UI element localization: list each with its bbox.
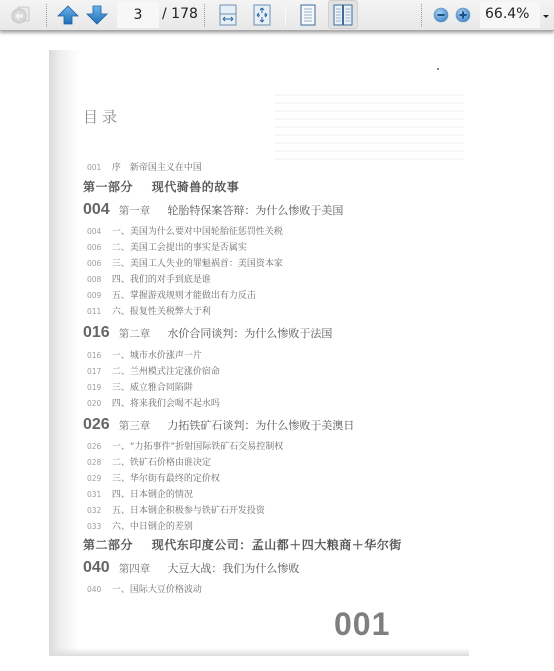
part-label: 第二部分 [83,538,133,552]
chapter-label: 第一章 [119,205,151,217]
chapter-title: 大豆大战：我们为什么惨败 [167,562,299,575]
toc-entry-text: 二、美国工会提出的事实是否属实 [112,243,247,253]
toc-page-number: 031 [87,490,109,499]
chapter-page-number: 040 [83,559,110,576]
toc-entry-text: 四、我们的对手到底是谁 [112,275,211,285]
zoom-in-icon [455,7,471,23]
toc-entry[interactable]: 019 三、威立雅合同陷阱 [87,380,193,393]
toc-entry-text: 一、“力拓事件”折射国际铁矿石交易控制权 [112,442,283,452]
toc-entry-text: 六、中日钢企的差别 [112,522,193,532]
toolbar-separator [204,4,205,27]
toc-entry-text: 一、美国为什么要对中国轮胎征惩罚性关税 [112,227,283,237]
toc-title: 目录 [83,106,121,127]
scan-speck [437,68,439,70]
toc-entry[interactable]: 006 二、美国工会提出的事实是否属实 [87,240,247,253]
toc-page-number: 008 [87,275,109,284]
zoom-in-button[interactable] [451,3,475,27]
toc-page-number: 033 [87,522,109,531]
toc-entry-text: 序 新帝国主义在中国 [112,163,202,173]
bleed-through [274,90,464,160]
next-page-button[interactable] [85,3,109,27]
toc-entry[interactable]: 031 四、日本钢企的情况 [87,487,193,500]
toc-entry[interactable]: 033 六、中日钢企的差别 [87,519,193,532]
toolbar-separator [421,4,422,27]
page-total-label: / 178 [162,6,198,22]
toc-entry[interactable]: 032 五、日本钢企积极参与铁矿石开发投资 [87,503,265,516]
toc-page-number: 020 [87,399,109,408]
part-title: 现代骑兽的故事 [152,180,240,194]
toc-entry-text: 四、日本钢企的情况 [112,490,193,500]
toc-page-number: 017 [87,367,109,376]
part-title: 现代东印度公司：孟山都＋四大粮商＋华尔街 [152,538,402,552]
scan-shadow-bottom [49,648,469,656]
toc-entry-text: 六、报复性关税弊大于利 [112,307,211,317]
document-page: 目录 001 序 新帝国主义在中国 第一部分 现代骑兽的故事 004 第一章 轮… [49,50,469,656]
zoom-dropdown-button[interactable] [540,8,552,22]
pdf-toolbar: 3 / 178 [0,0,554,31]
toc-page-number: 006 [87,243,109,252]
toc-entry-text: 二、铁矿石价格由谁决定 [112,458,211,468]
toc-entry-text: 三、华尔街有最终的定价权 [112,474,220,484]
toc-entry[interactable]: 026 一、“力拓事件”折射国际铁矿石交易控制权 [87,439,283,452]
toc-entry-text: 五、掌握游戏规则才能做出有力反击 [112,291,256,301]
chapter-label: 第三章 [119,420,151,432]
two-page-icon [332,4,354,26]
toc-entry-text: 三、美国工人失业的罪魁祸首：美国资本家 [112,259,283,269]
toc-page-number: 011 [87,307,109,316]
toc-entry[interactable]: 004 一、美国为什么要对中国轮胎征惩罚性关税 [87,224,283,237]
page-folio-number: 001 [334,606,390,643]
fit-width-button[interactable] [216,3,240,27]
toc-page-number: 001 [87,163,109,172]
chapter-title: 力拓铁矿石谈判：为什么惨败于美澳日 [167,419,354,432]
single-page-view-button[interactable] [296,3,320,27]
chapter-label: 第二章 [119,328,151,340]
chapter-page-number: 004 [83,201,110,218]
arrow-up-icon [57,4,79,26]
toc-entry[interactable]: 011 六、报复性关税弊大于利 [87,304,211,317]
toc-chapter-heading[interactable]: 026 第三章 力拓铁矿石谈判：为什么惨败于美澳日 [83,414,354,434]
chapter-page-number: 026 [83,416,110,433]
toc-entry-text: 五、日本钢企积极参与铁矿石开发投资 [112,506,265,516]
two-page-view-button[interactable] [328,0,358,29]
page-number-input[interactable]: 3 [117,2,159,28]
zoom-level-input[interactable]: 66.4% [480,2,540,28]
fit-page-icon [252,4,272,26]
toc-entry[interactable]: 008 四、我们的对手到底是谁 [87,272,211,285]
toc-entry[interactable]: 006 三、美国工人失业的罪魁祸首：美国资本家 [87,256,283,269]
toolbar-separator [46,4,47,27]
document-viewer[interactable]: 目录 001 序 新帝国主义在中国 第一部分 现代骑兽的故事 004 第一章 轮… [0,32,554,671]
fit-width-icon [218,4,238,26]
previous-page-button[interactable] [56,3,80,27]
toc-entry[interactable]: 028 二、铁矿石价格由谁决定 [87,455,211,468]
toc-page-number: 032 [87,506,109,515]
fit-page-button[interactable] [250,3,274,27]
toc-entry[interactable]: 020 四、将来我们会喝不起水吗 [87,396,220,409]
toc-entry-text: 三、威立雅合同陷阱 [112,383,193,393]
toolbar-separator [285,5,286,26]
arrow-down-icon [86,4,108,26]
toc-page-number: 028 [87,458,109,467]
toc-page-number: 009 [87,291,109,300]
zoom-out-button[interactable] [429,3,453,27]
back-icon [9,3,33,27]
chapter-title: 水价合同谈判：为什么惨败于法国 [167,327,332,340]
toc-chapter-heading[interactable]: 040 第四章 大豆大战：我们为什么惨败 [83,557,299,577]
back-button[interactable] [9,3,33,27]
toc-part-heading[interactable]: 第一部分 现代骑兽的故事 [83,178,239,195]
toc-entry-text: 一、国际大豆价格波动 [112,585,202,595]
zoom-out-icon [433,7,449,23]
toc-page-number: 006 [87,259,109,268]
chevron-down-icon [540,8,552,27]
toc-page-number: 004 [87,227,109,236]
toc-entry[interactable]: 029 三、华尔街有最终的定价权 [87,471,220,484]
toc-entry[interactable]: 040 一、国际大豆价格波动 [87,582,202,595]
toc-page-number: 026 [87,442,109,451]
toc-chapter-heading[interactable]: 016 第二章 水价合同谈判：为什么惨败于法国 [83,322,332,342]
toc-entry-text: 四、将来我们会喝不起水吗 [112,399,220,409]
toc-entry-text: 二、兰州模式注定涨价宿命 [112,367,220,377]
chapter-title: 轮胎特保案答辩：为什么惨败于美国 [167,204,343,217]
toc-entry[interactable]: 016 一、城市水价涨声一片 [87,348,202,361]
toc-entry[interactable]: 009 五、掌握游戏规则才能做出有力反击 [87,288,256,301]
toc-entry[interactable]: 001 序 新帝国主义在中国 [87,160,202,173]
toc-page-number: 019 [87,383,109,392]
toc-page-number: 016 [87,351,109,360]
toc-chapter-heading[interactable]: 004 第一章 轮胎特保案答辩：为什么惨败于美国 [83,199,343,219]
single-page-icon [299,4,317,26]
toc-part-heading[interactable]: 第二部分 现代东印度公司：孟山都＋四大粮商＋华尔街 [83,536,402,553]
toc-entry-text: 一、城市水价涨声一片 [112,351,202,361]
scan-shadow [49,50,79,656]
toc-page-number: 029 [87,474,109,483]
toc-page-number: 040 [87,585,109,594]
toc-entry[interactable]: 017 二、兰州模式注定涨价宿命 [87,364,220,377]
chapter-label: 第四章 [119,563,151,575]
chapter-page-number: 016 [83,324,110,341]
part-label: 第一部分 [83,180,133,194]
